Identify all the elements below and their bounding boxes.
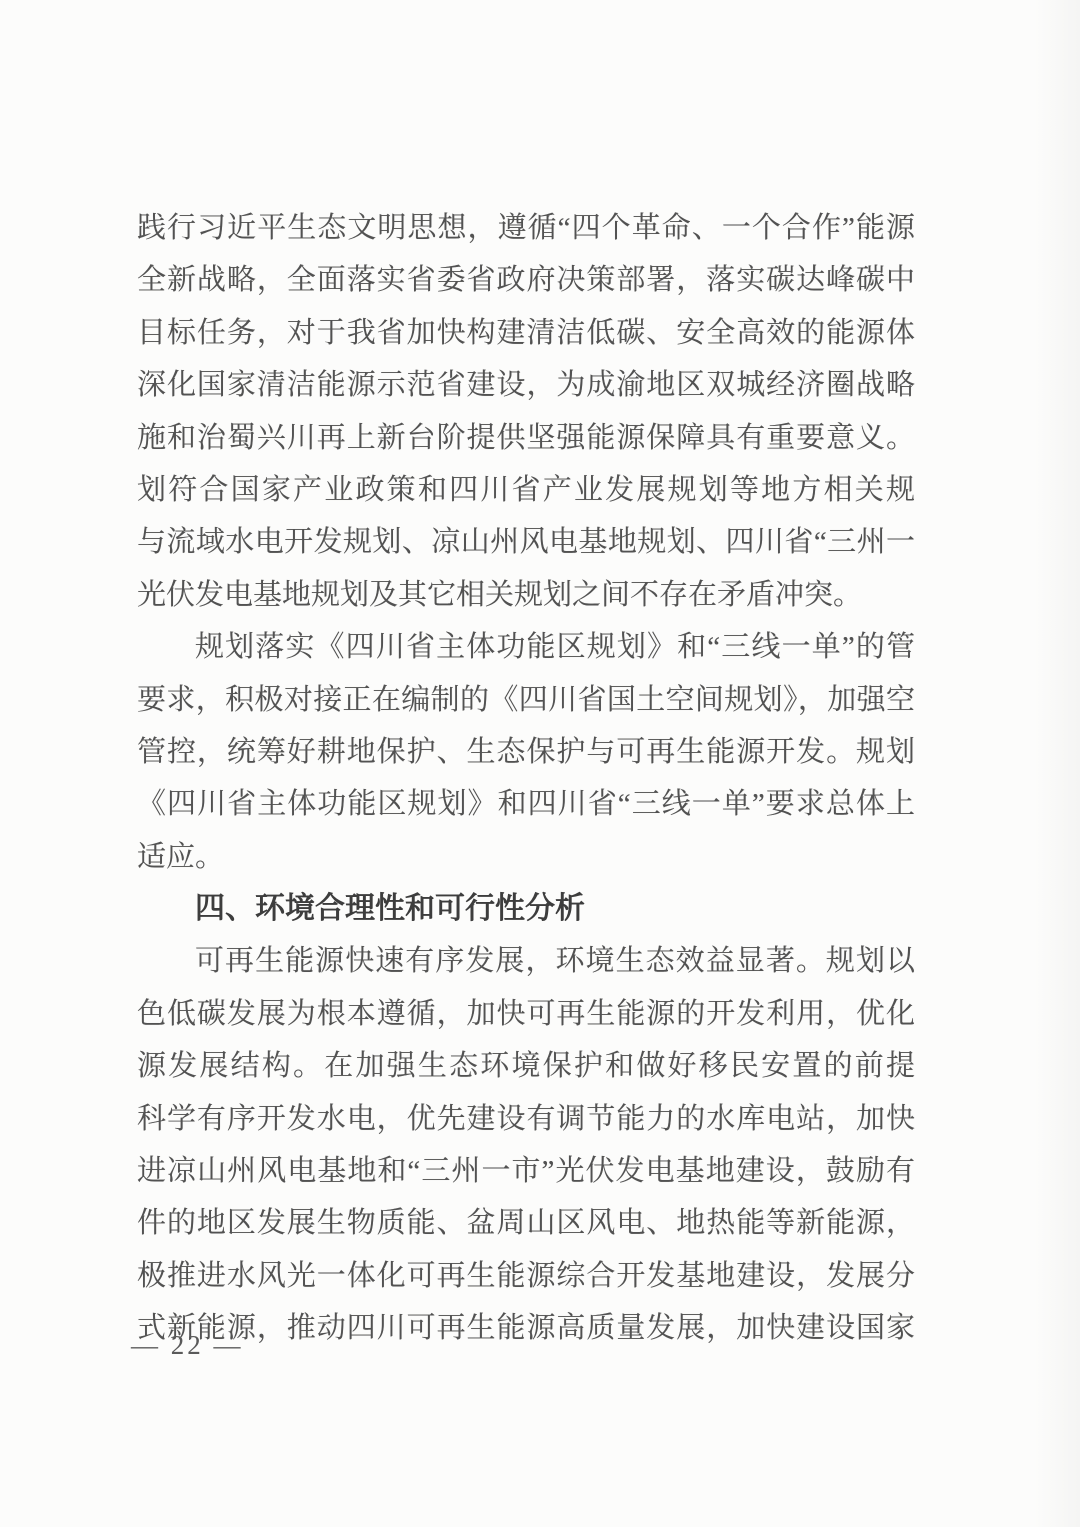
text-line: 要求，积极对接正在编制的《四川省国土空间规划》，加强空间 [137, 674, 915, 726]
text-line: 全新战略，全面落实省委省政府决策部署，落实碳达峰碳中和 [137, 254, 915, 306]
text-line: 施和治蜀兴川再上新台阶提供坚强能源保障具有重要意义。规 [137, 412, 915, 464]
text-line: 科学有序开发水电，优先建设有调节能力的水库电站，加快推 [137, 1093, 915, 1145]
text-line: 式新能源，推动四川可再生能源高质量发展，加快建设国家重 [137, 1302, 915, 1354]
text-line: 色低碳发展为根本遵循，加快可再生能源的开发利用，优化能 [137, 988, 915, 1040]
page-number: — 22 — [131, 1330, 244, 1360]
text-line: 件的地区发展生物质能、盆周山区风电、地热能等新能源，积 [137, 1197, 915, 1249]
text-line: 适应。 [137, 831, 915, 883]
document-page: 践行习近平生态文明思想，遵循“四个革命、一个合作”能源安 全新战略，全面落实省委… [0, 0, 1080, 1527]
text-line: 深化国家清洁能源示范省建设，为成渝地区双城经济圈战略实 [137, 359, 915, 411]
text-line: 规划落实《四川省主体功能区规划》和“三线一单”的管控 [137, 621, 915, 673]
text-line: 《四川省主体功能区规划》和四川省“三线一单”要求总体上相 [137, 778, 915, 830]
text-line: 源发展结构。在加强生态环境保护和做好移民安置的前提下， [137, 1040, 915, 1092]
text-line: 与流域水电开发规划、凉山州风电基地规划、四川省“三州一市” [137, 516, 915, 568]
text-block: 践行习近平生态文明思想，遵循“四个革命、一个合作”能源安 全新战略，全面落实省委… [137, 202, 915, 1355]
text-line: 极推进水风光一体化可再生能源综合开发基地建设，发展分布 [137, 1250, 915, 1302]
text-line: 光伏发电基地规划及其它相关规划之间不存在矛盾冲突。 [137, 569, 915, 621]
text-line: 划符合国家产业政策和四川省产业发展规划等地方相关规划， [137, 464, 915, 516]
text-line: 可再生能源快速有序发展，环境生态效益显著。规划以绿 [137, 935, 915, 987]
text-line: 进凉山州风电基地和“三州一市”光伏发电基地建设，鼓励有条 [137, 1145, 915, 1197]
text-line: 管控，统筹好耕地保护、生态保护与可再生能源开发。规划与 [137, 726, 915, 778]
text-line: 目标任务，对于我省加快构建清洁低碳、安全高效的能源体系， [137, 307, 915, 359]
text-line: 践行习近平生态文明思想，遵循“四个革命、一个合作”能源安 [137, 202, 915, 254]
section-heading: 四、环境合理性和可行性分析 [137, 883, 915, 935]
